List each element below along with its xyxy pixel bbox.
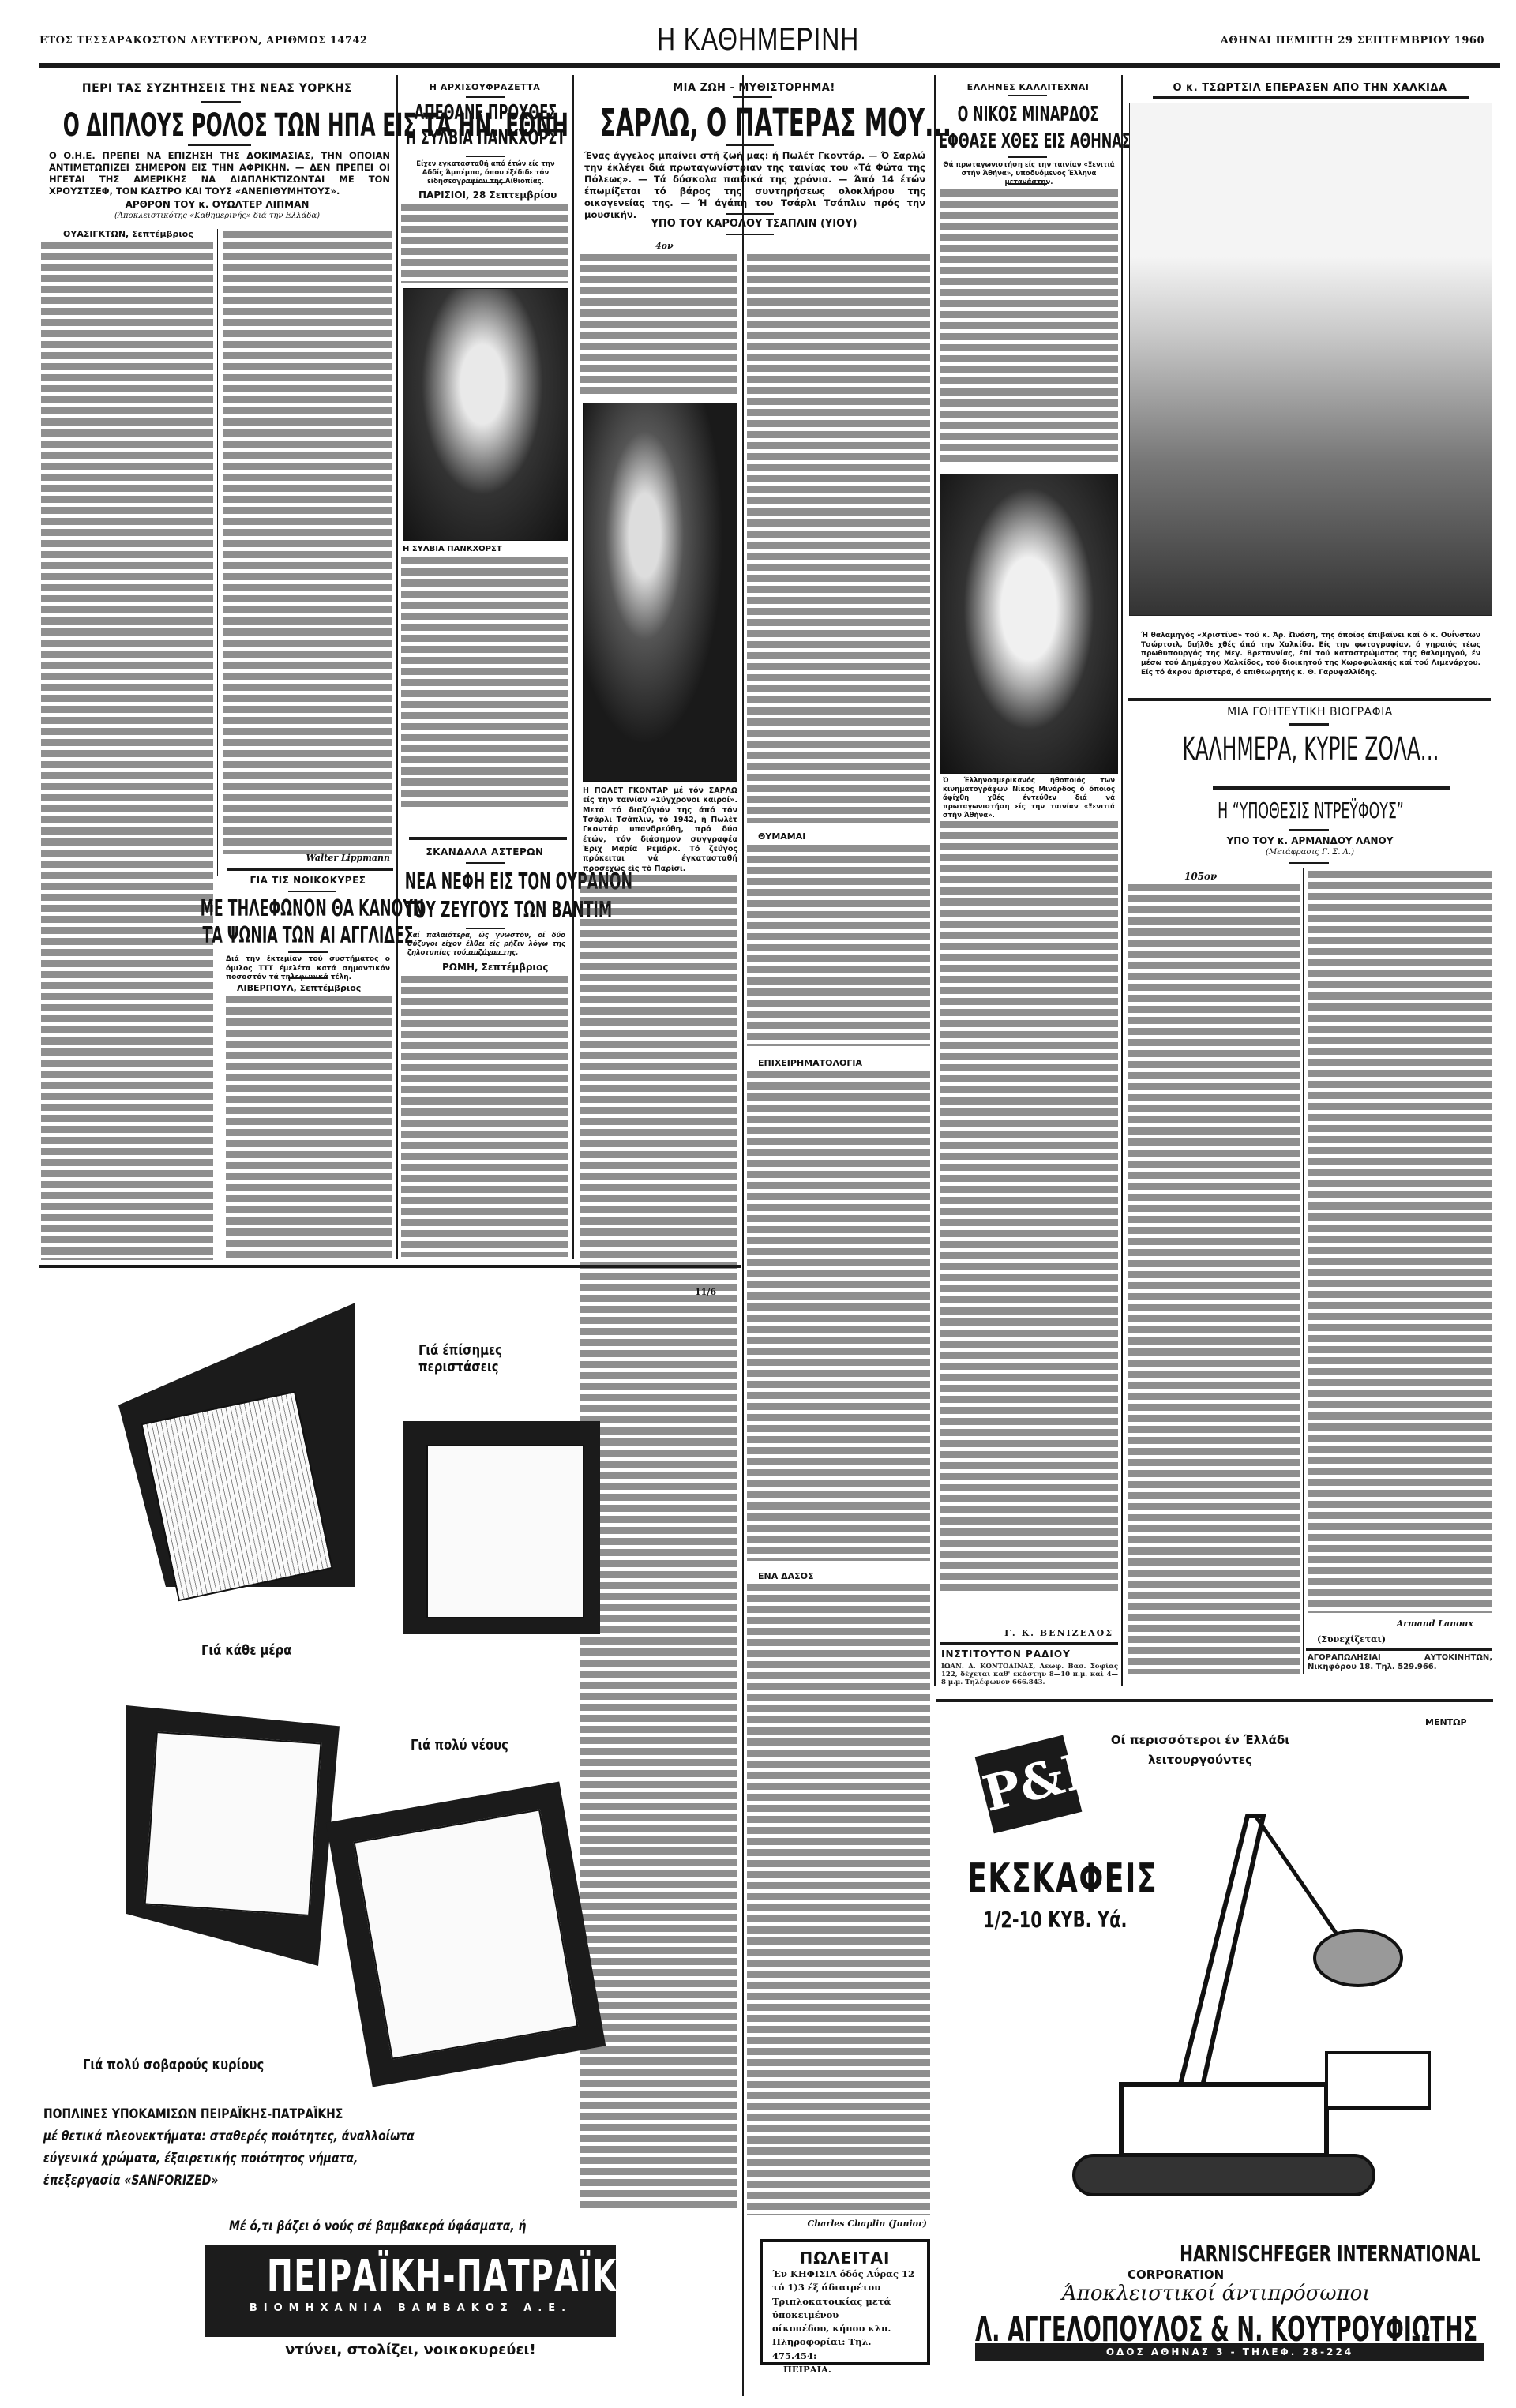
article-body-text (940, 189, 1118, 466)
ad-copy-line: εύγενικά χρώματα, έξαιρετικής ποιότητος … (43, 2151, 358, 2166)
short-rule (726, 144, 774, 146)
brand-tagline: ντύνει, στολίζει, νοικοκυρεύει! (205, 2342, 616, 2358)
classified-city: ΠΕΙΡΑΙΑ. (772, 2363, 917, 2376)
article-signature: Γ. Κ. ΒΕΝΙΖΕΛΟΣ (940, 1628, 1113, 1638)
article-byline: ΥΠΟ ΤΟΥ κ. ΑΡΜΑΝΔΟΥ ΛΑΝΟΥ (1124, 835, 1495, 846)
article-body-text (747, 254, 930, 823)
section-rule (409, 837, 567, 840)
section-rule (39, 1265, 741, 1268)
photo-caption: Ό Έλληνοαμερικανός ήθοποιός των κινηματο… (943, 777, 1115, 820)
column-divider (742, 75, 744, 2396)
ad-label-young: Γιά πολύ νέους (411, 1737, 508, 1753)
article-body-text (747, 845, 930, 1046)
section-marker: ΕΝΑ ΔΑΣΟΣ (758, 1571, 813, 1581)
section-marker: ΕΠΙΧΕΙΡΗΜΑΤΟΛΟΓΙΑ (758, 1058, 862, 1068)
short-rule (1008, 183, 1047, 185)
article-kicker: ΜΙΑ ΖΩΗ - ΜΥΘΙΣΤΟΡΗΜΑ! (576, 82, 932, 94)
column-divider (1303, 868, 1304, 1674)
manufacturer-subtitle: CORPORATION (1128, 2267, 1224, 2282)
short-rule (188, 144, 251, 146)
manufacturer-name: HARNISCHFEGER INTERNATIONAL (1180, 2241, 1480, 2267)
shirt-illustration-young (144, 1731, 322, 1916)
short-rule (1008, 156, 1047, 158)
continued-note: (Συνεχίζεται) (1317, 1634, 1386, 1645)
article-body-text (401, 557, 568, 807)
article-headline: ΤΟΥ ΖΕΥΓΟΥΣ ΤΩΝ ΒΑΝΤΙΜ (405, 897, 567, 923)
column-divider (934, 75, 936, 1686)
article-headline: ΤΑ ΨΩΝΙΑ ΤΩΝ ΑΙ ΑΓΓΛΙΔΕΣ (201, 922, 416, 948)
short-rule (466, 862, 505, 864)
article-body-text (401, 976, 568, 1257)
ad-lead-in: Μέ ό,τι βάζει ό νούς σέ βαμβακερά ύφάσμα… (229, 2219, 526, 2234)
article-body-text (580, 875, 737, 2209)
section-rule (1306, 1648, 1492, 1651)
pankhurst-photo (403, 288, 568, 541)
article-signature: Charles Chaplin (Junior) (747, 2219, 927, 2229)
article-headline: Ο κ. ΤΣΩΡΤΣΙΛ ΕΠΕΡΑΣΕΝ ΑΠΟ ΤΗΝ ΧΑΛΚΙΔΑ (1124, 82, 1495, 94)
brand-name: ΠΕΙΡΑΪΚΗ-ΠΑΤΡΑΪΚΗ (267, 2251, 554, 2302)
minardos-photo (940, 474, 1118, 774)
short-rule (1289, 723, 1329, 726)
ad-label-daily: Γιά κάθε μέρα (201, 1642, 291, 1659)
exclusive-representatives: Άποκλειστικοί άντιπρόσωποι (1062, 2282, 1371, 2305)
short-rule (733, 96, 772, 98)
article-body-text (401, 204, 568, 283)
classified-for-sale: ΠΩΛΕΙΤΑΙ Έν ΚΗΦΙΣΙΑ όδός Αΰρας 12 τό 1)3… (760, 2239, 930, 2365)
article-dateline: ΟΥΑΣΙΓΚΤΩΝ, Σεπτέμβριος (63, 229, 193, 239)
short-rule (1289, 862, 1329, 864)
ad-intro-line: Οί περισσότεροι έν Έλλάδι (1105, 1733, 1295, 1747)
article-signature: Armand Lanoux (1308, 1618, 1473, 1629)
article-kicker: ΓΙΑ ΤΙΣ ΝΟΙΚΟΚΥΡΕΣ (221, 875, 395, 886)
ad-label-formal: Γιά έπίσημες περιστάσεις (418, 1342, 516, 1375)
ad-corner-mark: 11/6 (695, 1287, 716, 1297)
short-rule (288, 891, 336, 892)
section-marker: ΘΥΜΑΜΑΙ (758, 831, 805, 842)
brand-subtitle: ΒΙΟΜΗΧΑΝΙΑ ΒΑΜΒΑΚΟΣ Α.Ε. (205, 2302, 616, 2314)
article-headline: ΕΦΘΑΣΕ ΧΘΕΣ ΕΙΣ ΑΘΗΝΑΣ (939, 129, 1117, 153)
short-rule (1008, 95, 1047, 96)
headline-rule (1153, 96, 1469, 99)
short-rule (288, 951, 328, 953)
article-kicker: ΜΙΑ ΓΟΗΤΕΥΤΙΚΗ ΒΙΟΓΡΑΦΙΑ (1124, 706, 1495, 718)
ad-copy-line: έπεξεργασία «SANFORIZED» (43, 2173, 218, 2189)
article-deck: Ο Ο.Η.Ε. ΠΡΕΠΕΙ ΝΑ ΕΠΙΖΗΣΗ ΤΗΣ ΔΟΚΙΜΑΣΙΑ… (49, 150, 390, 197)
dealer-address: ΟΔΟΣ ΑΘΗΝΑΣ 3 - ΤΗΛΕΦ. 28-224 (975, 2343, 1484, 2361)
article-headline: ΣΑΡΛΩ, Ο ΠΑΤΕΡΑΣ ΜΟΥ... (600, 101, 909, 145)
column-divider (217, 229, 218, 876)
ad-copy-line: ΠΟΠΛΙΝΕΣ ΥΠΟΚΑΜΙΣΩΝ ΠΕΙΡΑΪΚΗΣ-ΠΑΤΡΑΪΚΗΣ (43, 2106, 343, 2122)
goddard-chaplin-photo (583, 403, 737, 782)
shirt-illustration-formal (426, 1445, 584, 1618)
article-dateline: ΛΙΒΕΡΠΟΥΛ, Σεπτέμβριος (237, 983, 361, 993)
classified-line: Έν ΚΗΦΙΣΙΑ όδός Αΰρας 12 (772, 2267, 917, 2281)
article-body-text (223, 231, 392, 854)
article-body-text (1308, 871, 1492, 1613)
article-kicker: ΣΚΑΝΔΑΛΑ ΑΣΤΕΡΩΝ (400, 846, 570, 857)
article-body-text (940, 821, 1118, 1595)
installment-number: 105ον (1184, 871, 1217, 882)
article-headline: Ο ΔΙΠΛΟΥΣ ΡΟΛΟΣ ΤΩΝ ΗΠΑ ΕΙΣ ΤΑ ΗΝ. ΕΘΝΗ (63, 107, 372, 144)
short-rule (466, 156, 505, 157)
article-body-text (580, 254, 737, 396)
ad-agency-mark: ΜΕΝΤΩΡ (1425, 1717, 1467, 1727)
short-rule (466, 954, 505, 955)
section-rule (936, 1699, 1493, 1702)
article-kicker: ΠΕΡΙ ΤΑΣ ΣΥΖΗΤΗΣΕΙΣ ΤΗΣ ΝΕΑΣ ΥΟΡΚΗΣ (39, 82, 395, 95)
article-headline: ΝΕΑ ΝΕΦΗ ΕΙΣ ΤΟΝ ΟΥΡΑΝΟΝ (405, 868, 567, 895)
short-rule (466, 182, 505, 183)
short-rule (1289, 829, 1329, 831)
article-body-text (747, 1584, 930, 2215)
article-headline: Ο ΝΙΚΟΣ ΜΙΝΑΡΔΟΣ (939, 103, 1117, 126)
column-divider (572, 75, 574, 1259)
photo-caption: Η ΠΟΛΕΤ ΓΚΟΝΤΑΡ μέ τόν ΣΑΡΛΩ είς την ται… (583, 786, 737, 874)
article-kicker: Η ΑΡΧΙΣΟΥΦΡΑΖΕΤΤΑ (400, 82, 570, 92)
section-rule (940, 1642, 1118, 1645)
short-rule (726, 213, 774, 215)
section-rule (1128, 698, 1491, 701)
photo-caption: Η ΣΥΛΒΙΑ ΠΑΝΚΧΟΡΣΤ (403, 545, 568, 553)
short-rule (466, 928, 505, 929)
brand-logo-box: ΠΕΙΡΑΪΚΗ-ΠΑΤΡΑΪΚΗ ΒΙΟΜΗΧΑΝΙΑ ΒΑΜΒΑΚΟΣ Α.… (205, 2245, 616, 2337)
photo-caption: Ή θαλαμηγός «Χριστίνα» τού κ. Άρ. Ώνάση,… (1141, 632, 1480, 677)
article-byline: ΑΡΘΡΟΝ ΤΟΥ κ. ΟΥΩΛΤΕΡ ΛΙΠΜΑΝ (39, 199, 395, 210)
article-headline: Η ΣΥΛΒΙΑ ΠΑΝΚΧΟΡΣΤ (405, 126, 567, 150)
article-byline-note: (Μετάφρασις Γ. Σ. Λ.) (1124, 848, 1495, 857)
classified-title: ΠΩΛΕΙΤΑΙ (772, 2249, 917, 2267)
classified-line: τό 1)3 έξ άδιαιρέτου Τριπλοκατοικίας μετ… (772, 2281, 917, 2322)
article-byline: ΥΠΟ ΤΟΥ ΚΑΡΟΛΟΥ ΤΣΑΠΛΙΝ (ΥΙΟΥ) (576, 218, 932, 230)
installment-number: 4ον (655, 241, 674, 251)
column-divider (396, 75, 398, 1259)
masthead-date: ΑΘΗΝΑΙ ΠΕΜΠΤΗ 29 ΣΕΠΤΕΜΒΡΙΟΥ 1960 (1221, 35, 1484, 47)
article-subheadline: Η “ΥΠΟΘΕΣΙΣ ΝΤΡΕΫΦΟΥΣ” (1184, 797, 1438, 823)
classified-phone: Πληροφορίαι: Τηλ. 475.454: (772, 2335, 917, 2363)
article-headline: ΚΑΛΗΜΕΡΑ, ΚΥΡΙΕ ΖΟΛΑ... (1154, 731, 1468, 767)
article-headline: ΑΠΕΘΑΝΕ ΠΡΟΧΘΕΣ (405, 101, 567, 125)
short-rule (288, 977, 328, 979)
excavator-illustration (1026, 1800, 1484, 2211)
newspaper-title: Η ΚΑΘΗΜΕΡΙΝΗ (152, 22, 1364, 58)
headline-rule (1213, 786, 1450, 790)
churchill-yacht-photo (1129, 103, 1492, 616)
column-divider (1121, 75, 1123, 1686)
masthead-rule (39, 63, 1500, 68)
article-kicker: ΕΛΛΗΝΕΣ ΚΑΛΛΙΤΕΧΝΑΙ (936, 82, 1120, 92)
shirt-illustration-serious (354, 1809, 579, 2059)
article-signature: Walter Lippmann (223, 853, 390, 863)
article-byline-note: (Άποκλειστικότης «Καθημερινής» διά την Ε… (39, 212, 395, 220)
short-rule (201, 101, 241, 103)
article-body-text (747, 1071, 930, 1561)
article-body-text (41, 242, 213, 1260)
ad-label-serious: Γιά πολύ σοβαρούς κυρίους (83, 2057, 264, 2073)
section-rule (227, 868, 393, 871)
short-rule (466, 96, 505, 98)
article-body-text (226, 996, 392, 1258)
article-dateline: ΠΑΡΙΣΙΟΙ, 28 Σεπτεμβρίου (418, 189, 557, 201)
classified-body: ΑΓΟΡΑΠΩΛΗΣΙΑΙ ΑΥΤΟΚΙΝΗΤΩΝ, Νικηφόρου 18.… (1308, 1653, 1492, 1672)
ad-copy-line: μέ θετικά πλεονεκτήματα: σταθερές ποιότη… (43, 2129, 415, 2144)
article-headline: ΜΕ ΤΗΛΕΦΩΝΟΝ ΘΑ ΚΑΝΟΥΝ (201, 895, 416, 921)
article-deck: Ένας άγγελος μπαίνει στή ζωή μας: ή Πωλέ… (584, 150, 925, 221)
classified-title: ΙΝΣΤΙΤΟΥΤΟΝ ΡΑΔΙΟΥ (941, 1648, 1071, 1660)
short-rule (726, 234, 774, 235)
ad-intro-line: λειτουργούντες (1105, 1753, 1295, 1767)
article-body-text (1128, 884, 1300, 1674)
classified-body: ΙΩΑΝ. Δ. ΚΟΝΤΟΔΙΝΑΣ, Λεωφ. Βασ. Σοφίας 1… (941, 1663, 1118, 1686)
article-dateline: ΡΩΜΗ, Σεπτέμβριος (442, 962, 548, 973)
classified-line: οίκοπέδου, κήπου κλπ. (772, 2322, 917, 2335)
